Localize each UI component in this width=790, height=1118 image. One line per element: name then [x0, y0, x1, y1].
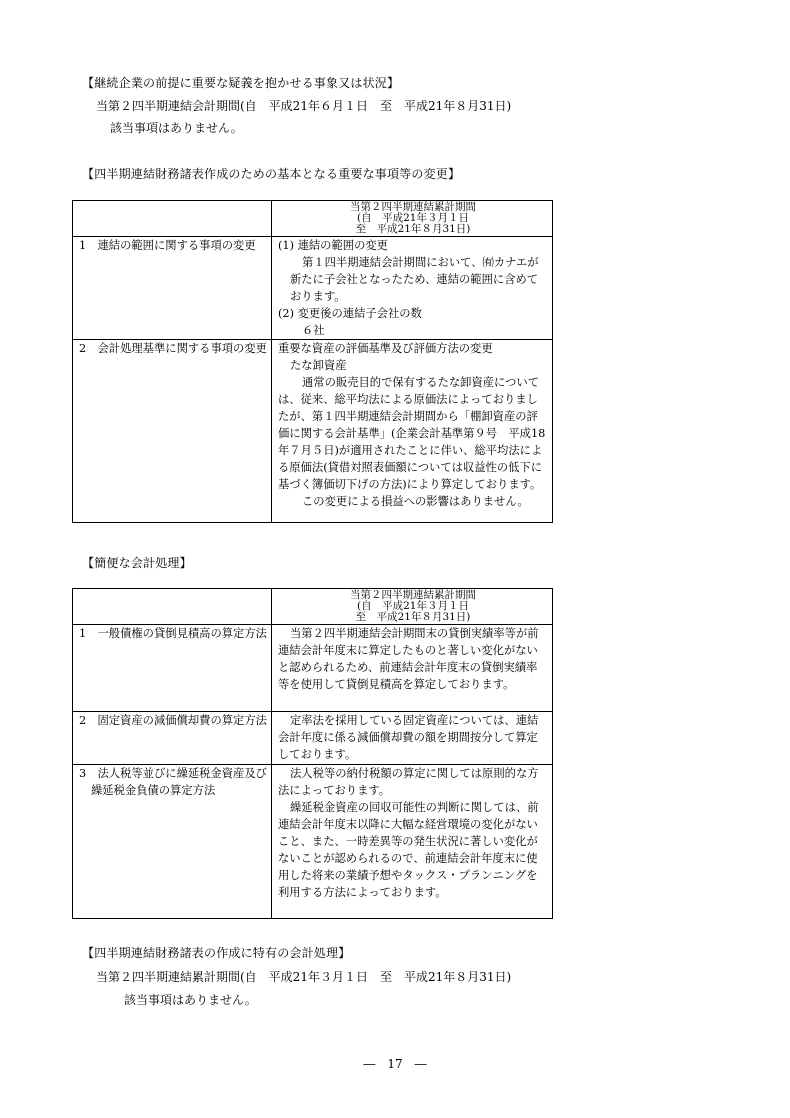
table-row: 2 会計処理基準に関する事項の変更 重要な資産の評価基準及び評価方法の変更 たな…	[73, 340, 553, 523]
section-heading-specific-accounting: 【四半期連結財務諸表の作成に特有の会計処理】	[82, 945, 350, 962]
row-label-text: 3 法人税等並びに繰延税金資産及び繰延税金負債の算定方法	[79, 765, 267, 799]
content-line: 重要な資産の評価基準及び評価方法の変更	[278, 340, 548, 357]
row-label-text: 1 一般債権の貸倒見積高の算定方法	[79, 625, 267, 642]
row-label: 2 固定資産の減価償却費の算定方法	[73, 712, 272, 765]
section-heading-basis-changes: 【四半期連結財務諸表作成のための基本となる重要な事項等の変更】	[82, 166, 460, 183]
simplified-accounting-table: 当第２四半期連結累計期間 (自 平成21年３月１日 至 平成21年８月31日) …	[72, 588, 553, 919]
row-label-text: 2 固定資産の減価償却費の算定方法	[79, 712, 267, 729]
header-line: 至 平成21年８月31日)	[278, 612, 548, 623]
header-empty-cell	[73, 201, 272, 237]
content-line: たな卸資産	[278, 357, 548, 374]
row-label-text: 2 会計処理基準に関する事項の変更	[79, 340, 267, 357]
section-heading-simplified-accounting: 【簡便な会計処理】	[82, 555, 192, 572]
body-text: 該当事項はありません。	[110, 120, 243, 137]
content-line: 法人税等の納付税額の算定に関しては原則的な方法によっております。	[278, 765, 548, 799]
content-line: この変更による損益への影響はありません。	[278, 493, 548, 510]
content-line: (2) 変更後の連結子会社の数	[278, 305, 548, 322]
header-empty-cell	[73, 589, 272, 625]
row-content: 法人税等の納付税額の算定に関しては原則的な方法によっております。 繰延税金資産の…	[272, 765, 553, 919]
content-line: 第１四半期連結会計期間において、㈲カナエが新たに子会社となったため、連結の範囲に…	[278, 254, 548, 305]
row-label: 2 会計処理基準に関する事項の変更	[73, 340, 272, 523]
content-line: 繰延税金資産の回収可能性の判断に関しては、前連結会計年度末以降に大幅な経営環境の…	[278, 799, 548, 901]
content-line: 通常の販売目的で保有するたな卸資産については、従来、総平均法による原価法によって…	[278, 374, 548, 493]
table-row: 3 法人税等並びに繰延税金資産及び繰延税金負債の算定方法 法人税等の納付税額の算…	[73, 765, 553, 919]
content-line: 当第２四半期連結会計期間末の貸倒実績率等が前連結会計年度末に算定したものと著しい…	[278, 625, 548, 693]
row-content: 重要な資産の評価基準及び評価方法の変更 たな卸資産 通常の販売目的で保有するたな…	[272, 340, 553, 523]
row-content: 定率法を採用している固定資産については、連結会計年度に係る減価償却費の額を期間按…	[272, 712, 553, 765]
row-label: 3 法人税等並びに繰延税金資産及び繰延税金負債の算定方法	[73, 765, 272, 919]
content-line: (1) 連結の範囲の変更	[278, 237, 548, 254]
content-line: ６社	[278, 322, 548, 339]
content-line: 定率法を採用している固定資産については、連結会計年度に係る減価償却費の額を期間按…	[278, 712, 548, 763]
row-content: 当第２四半期連結会計期間末の貸倒実績率等が前連結会計年度末に算定したものと著しい…	[272, 625, 553, 712]
section-heading-going-concern: 【継続企業の前提に重要な疑義を抱かせる事象又は状況】	[82, 75, 399, 92]
row-label-text: 1 連結の範囲に関する事項の変更	[79, 237, 267, 254]
basis-changes-table: 当第２四半期連結累計期間 (自 平成21年３月１日 至 平成21年８月31日) …	[72, 200, 553, 523]
header-period-cell: 当第２四半期連結累計期間 (自 平成21年３月１日 至 平成21年８月31日)	[272, 201, 553, 237]
row-label: 1 一般債権の貸倒見積高の算定方法	[73, 625, 272, 712]
period-text: 当第２四半期連結累計期間(自 平成21年３月１日 至 平成21年８月31日)	[96, 969, 511, 986]
header-line: 至 平成21年８月31日)	[278, 224, 548, 235]
table-header-row: 当第２四半期連結累計期間 (自 平成21年３月１日 至 平成21年８月31日)	[73, 201, 553, 237]
row-content: (1) 連結の範囲の変更 第１四半期連結会計期間において、㈲カナエが新たに子会社…	[272, 237, 553, 340]
table-header-row: 当第２四半期連結累計期間 (自 平成21年３月１日 至 平成21年８月31日)	[73, 589, 553, 625]
table-row: 1 一般債権の貸倒見積高の算定方法 当第２四半期連結会計期間末の貸倒実績率等が前…	[73, 625, 553, 712]
header-period-cell: 当第２四半期連結累計期間 (自 平成21年３月１日 至 平成21年８月31日)	[272, 589, 553, 625]
body-text: 該当事項はありません。	[124, 992, 257, 1009]
row-label: 1 連結の範囲に関する事項の変更	[73, 237, 272, 340]
table-row: 1 連結の範囲に関する事項の変更 (1) 連結の範囲の変更 第１四半期連結会計期…	[73, 237, 553, 340]
table-row: 2 固定資産の減価償却費の算定方法 定率法を採用している固定資産については、連結…	[73, 712, 553, 765]
page-number: ― 17 ―	[0, 1056, 790, 1073]
period-text: 当第２四半期連結会計期間(自 平成21年６月１日 至 平成21年８月31日)	[96, 98, 511, 115]
